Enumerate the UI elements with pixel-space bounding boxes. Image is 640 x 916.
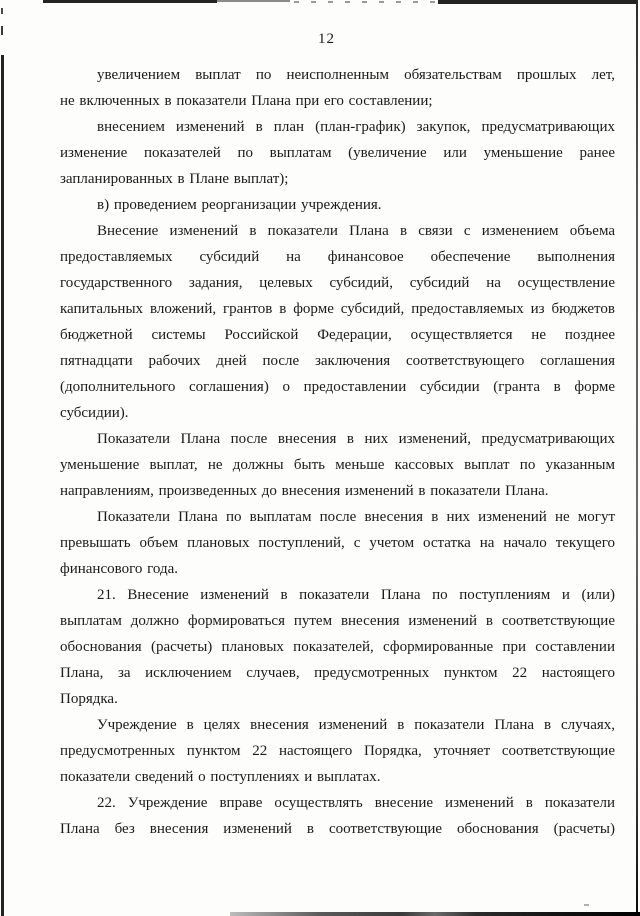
paragraph: Внесение изменений в показатели Плана в … [60, 218, 615, 426]
document-text: увеличением выплат по неисполненным обяз… [60, 62, 615, 842]
text-line: выплатам должно формироваться путем внес… [60, 608, 615, 634]
text-line: Порядка. [60, 686, 615, 712]
text-line: запланированных в Плане выплат); [60, 166, 615, 192]
text-line: Показатели Плана после внесения в них из… [60, 426, 615, 452]
text-line: 21. Внесение изменений в показатели План… [60, 582, 615, 608]
text-line: Плана без внесения изменений в соответст… [60, 816, 615, 842]
scan-speck-bottom [584, 904, 589, 906]
text-line: направлениям, произведенных до внесения … [60, 478, 615, 504]
paragraph: увеличением выплат по неисполненным обяз… [60, 62, 615, 114]
text-line: бюджетной системы Российской Федерации, … [60, 322, 615, 348]
text-line: Учреждение в целях внесения изменений в … [60, 712, 615, 738]
scan-artifact-top-left-tail [217, 0, 290, 2]
paragraph: Учреждение в целях внесения изменений в … [60, 712, 615, 790]
text-line: Показатели Плана по выплатам после внесе… [60, 504, 615, 530]
paragraph: в) проведением реорганизации учреждения. [60, 192, 615, 218]
text-line: предоставляемых субсидий на финансовое о… [60, 244, 615, 270]
text-line: в) проведением реорганизации учреждения. [60, 192, 615, 218]
text-line: показатели сведений о поступлениях и вып… [60, 764, 615, 790]
scan-speck-top-left-2 [1, 26, 3, 35]
scan-speck-top-left-1 [1, 8, 3, 14]
text-line: Плана, за исключением случаев, предусмот… [60, 660, 615, 686]
paragraph: 21. Внесение изменений в показатели План… [60, 582, 615, 712]
text-line: 22. Учреждение вправе осуществлять внесе… [60, 790, 615, 816]
text-line: Внесение изменений в показатели Плана в … [60, 218, 615, 244]
scan-artifact-bottom-bar [230, 912, 640, 916]
document-page: 12 увеличением выплат по неисполненным о… [0, 0, 640, 916]
text-line: изменение показателей по выплатам (увели… [60, 140, 615, 166]
scan-artifact-top-right-bar [438, 0, 636, 4]
scan-edge-right-line [636, 0, 638, 916]
text-line: капитальных вложений, грантов в форме су… [60, 296, 615, 322]
text-line: обоснования (расчеты) плановых показател… [60, 634, 615, 660]
page-number: 12 [49, 31, 604, 48]
paragraph: внесением изменений в план (план-график)… [60, 114, 615, 192]
text-line: превышать объем плановых поступлений, с … [60, 530, 615, 556]
scan-artifact-top-dashes [294, 1, 438, 3]
paragraph: 22. Учреждение вправе осуществлять внесе… [60, 790, 615, 842]
text-line: внесением изменений в план (план-график)… [60, 114, 615, 140]
text-line: пятнадцати рабочих дней после заключения… [60, 348, 615, 374]
text-line: финансового года. [60, 556, 615, 582]
text-line: (дополнительного соглашения) о предостав… [60, 374, 615, 400]
text-line: предусмотренных пунктом 22 настоящего По… [60, 738, 615, 764]
paragraph: Показатели Плана после внесения в них из… [60, 426, 615, 504]
scan-edge-left-line [1, 55, 4, 916]
text-line: не включенных в показатели Плана при его… [60, 88, 615, 114]
text-line: субсидии). [60, 400, 615, 426]
scan-artifact-top-left-bar [43, 0, 217, 3]
paragraph: Показатели Плана по выплатам после внесе… [60, 504, 615, 582]
text-line: уменьшение выплат, не должны быть меньше… [60, 452, 615, 478]
text-line: государственного задания, целевых субсид… [60, 270, 615, 296]
text-line: увеличением выплат по неисполненным обяз… [60, 62, 615, 88]
